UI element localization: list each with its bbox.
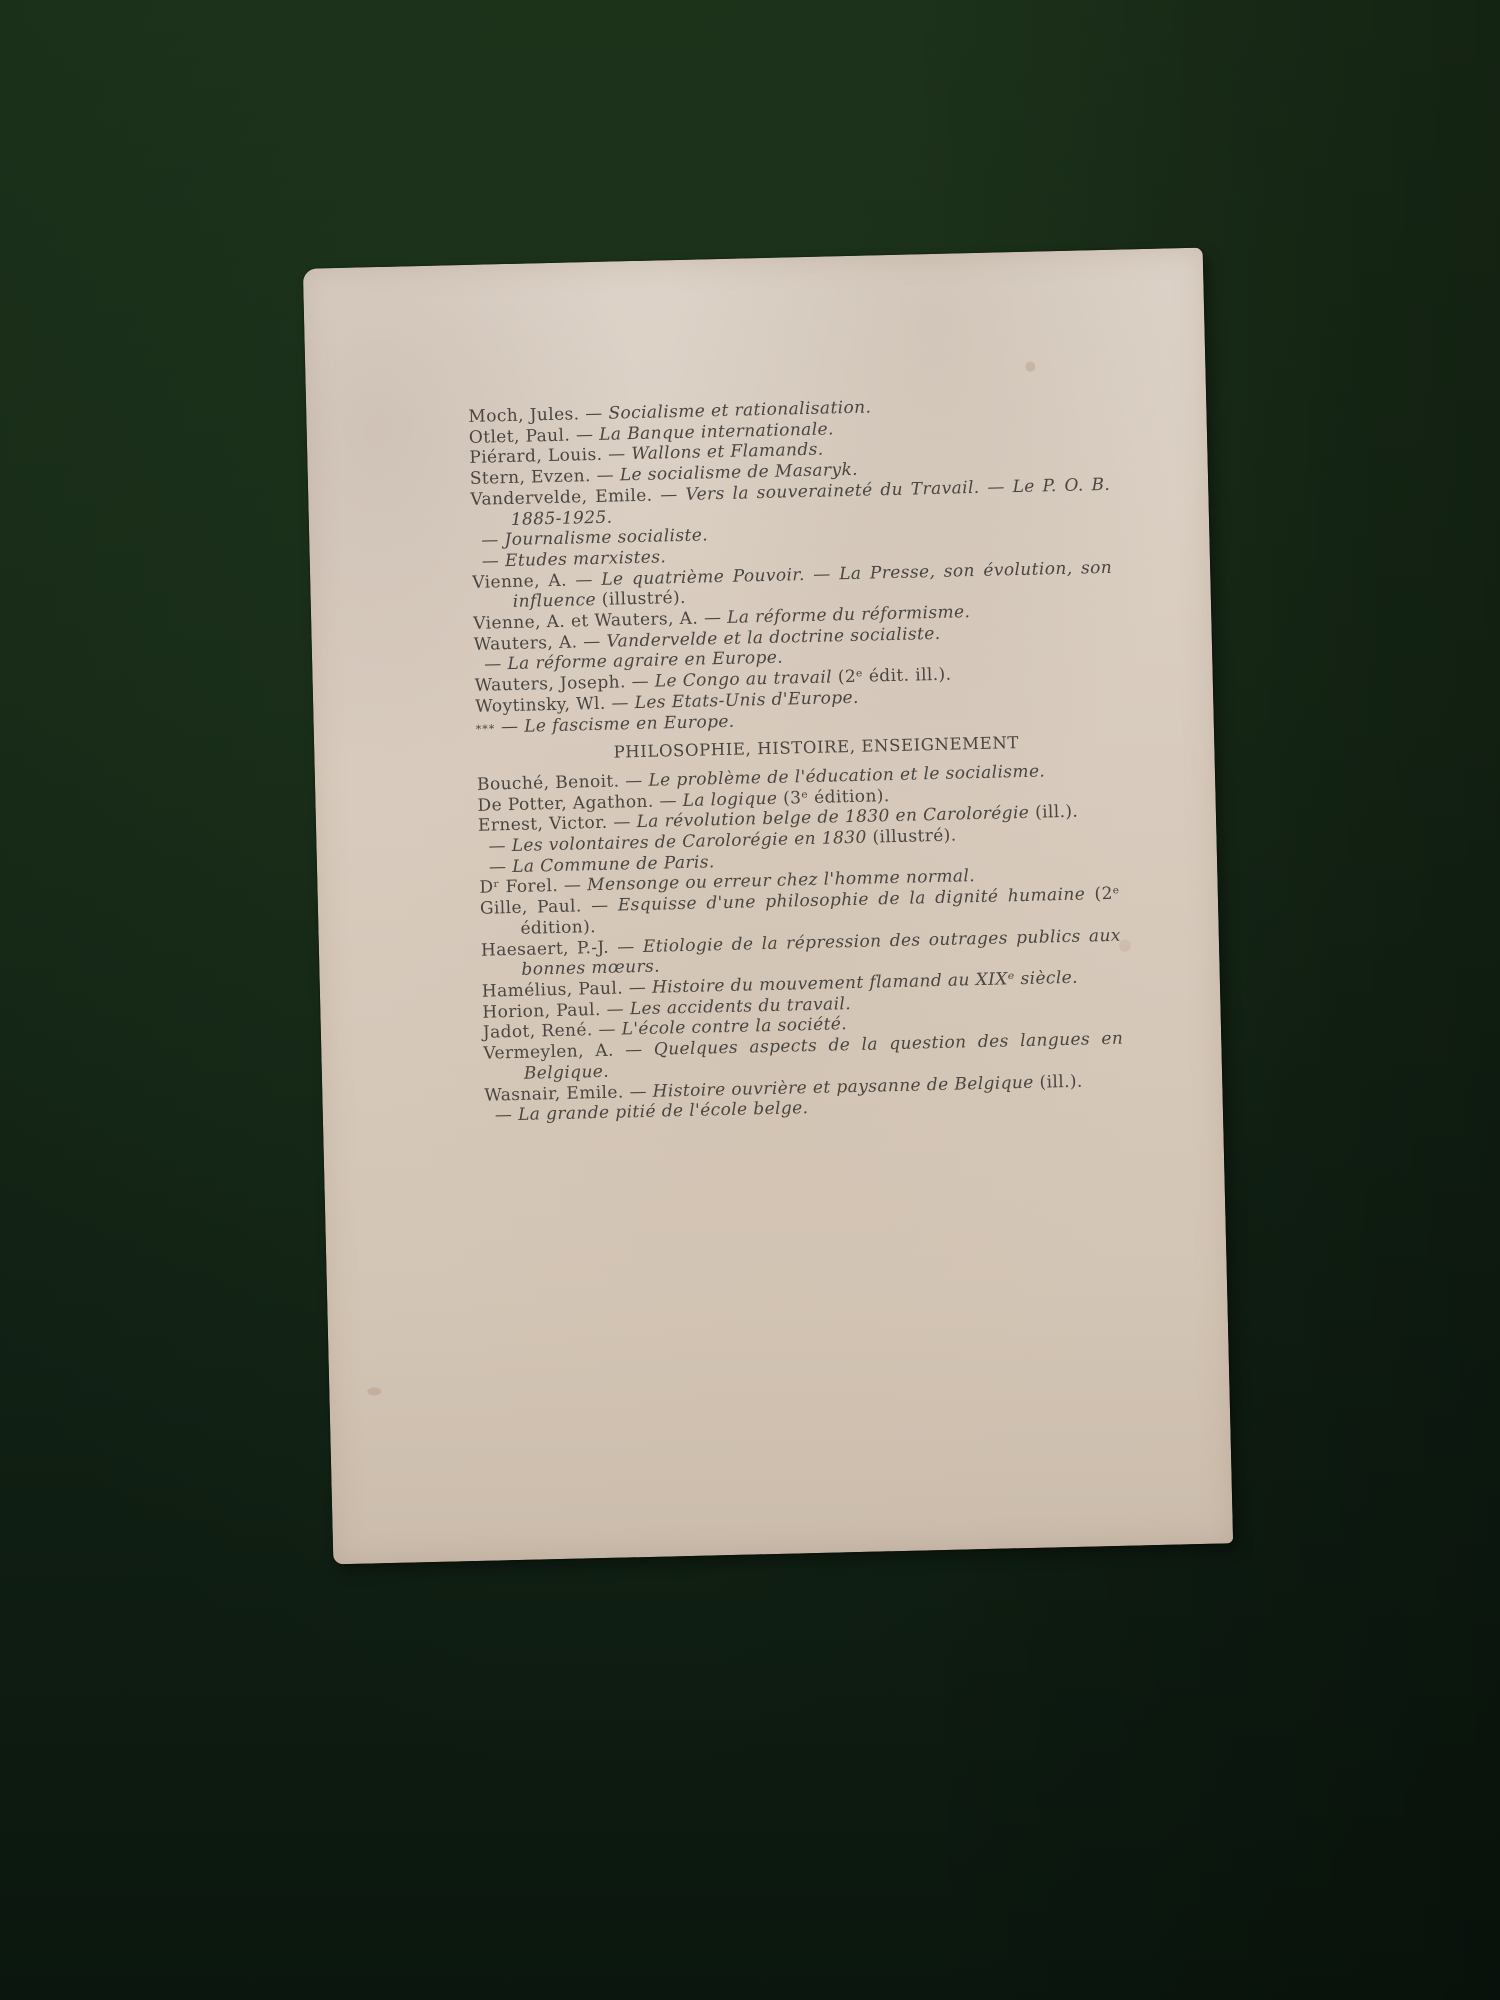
publisher-catalog: Moch, Jules. — Socialisme et rationalisa… [468,392,1125,1127]
paper-stain [367,1387,381,1395]
catalog-section-philosophy: Bouché, Benoit. — Le problème de l'éduca… [477,760,1125,1127]
paper-stain [1025,362,1035,372]
book-back-cover: Moch, Jules. — Socialisme et rationalisa… [303,248,1233,1565]
catalog-section-socialism: Moch, Jules. — Socialisme et rationalisa… [468,392,1116,740]
